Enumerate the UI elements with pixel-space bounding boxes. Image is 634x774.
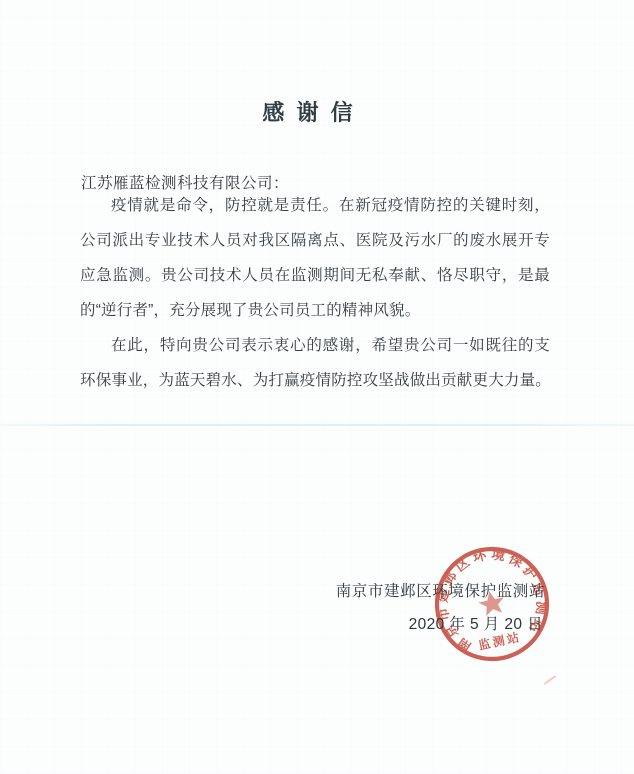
letter-title: 感 谢 信	[0, 96, 626, 127]
body-line: 在此，特向贵公司表示衷心的感谢，希望贵公司一如既往的支持	[80, 328, 550, 363]
body-line: 的“逆行者”，充分展现了贵公司员工的精神风貌。	[80, 293, 550, 328]
signature-org: 南京市建邺区环境保护监测站	[336, 579, 545, 601]
official-seal: 南京市建邺区环境保护监测站 监测站	[431, 543, 553, 665]
body-paragraph-2: 在此，特向贵公司表示衷心的感谢，希望贵公司一如既往的支持 环保事业，为蓝天碧水、…	[80, 328, 550, 398]
body-line: 疫情就是命令，防控就是责任。在新冠疫情防控的关键时刻，贵	[80, 188, 550, 223]
letter-page: 感 谢 信 江苏雁蓝检测科技有限公司： 疫情就是命令，防控就是责任。在新冠疫情防…	[0, 0, 634, 774]
body-line: 应急监测。贵公司技术人员在监测期间无私奉献、恪尽职守，是最美	[80, 258, 550, 293]
body-line: 公司派出专业技术人员对我区隔离点、医院及污水厂的废水展开专项	[80, 223, 550, 258]
signature-date: 2020 年 5 月 20 日	[409, 612, 543, 634]
body-line: 环保事业，为蓝天碧水、为打赢疫情防控攻坚战做出贡献更大力量。	[80, 363, 550, 398]
scan-artifact-scratch	[544, 675, 557, 685]
body-paragraph-1: 疫情就是命令，防控就是责任。在新冠疫情防控的关键时刻，贵 公司派出专业技术人员对…	[80, 188, 550, 328]
scan-artifact-line	[0, 424, 634, 426]
